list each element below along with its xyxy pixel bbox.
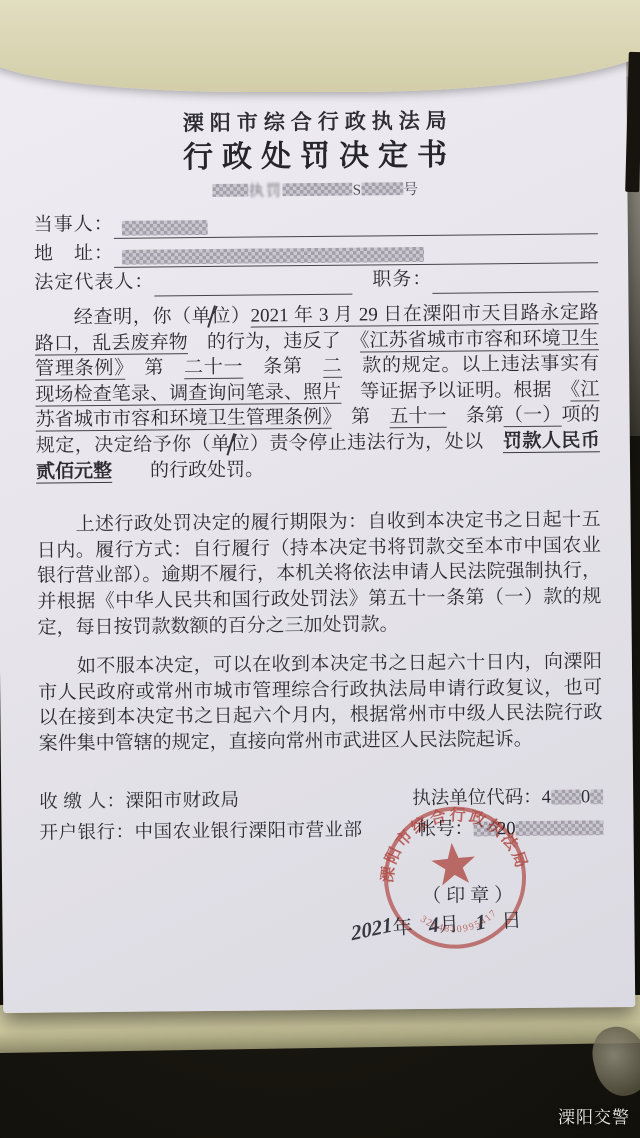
address-label: 地 址： <box>34 239 114 269</box>
p1-text: 等证据予以证明。根据 <box>341 379 571 402</box>
p1-text: 的行政处罚。 <box>112 459 264 481</box>
address-value-line <box>114 235 598 268</box>
date-month-unit: 月 <box>438 913 459 936</box>
article-number: 二十一 <box>184 357 244 380</box>
star-icon <box>430 841 478 887</box>
party-row: 当事人： <box>34 205 598 239</box>
watermark-text: 溧阳交警 <box>558 1103 630 1128</box>
issuing-agency-title: 溧阳市综合行政执法局 <box>33 105 597 138</box>
document-title: 行政处罚决定书 <box>33 135 597 178</box>
date-year-unit: 年 <box>392 916 413 939</box>
collector-label: 收 缴 人： <box>39 791 125 812</box>
doc-number-suffix: 号 <box>403 182 418 198</box>
legal-rep-blank-line <box>154 268 352 297</box>
payment-terms-paragraph: 上述行政处罚决定的履行期限为：自收到本决定书之日起十五日内。履行方式：自行履行（… <box>36 507 601 640</box>
clause-number: 二 <box>323 356 343 378</box>
p1-text: 条第 <box>243 356 322 378</box>
unit-code-digit: 0 <box>581 787 590 807</box>
collector-field: 收 缴 人：溧阳市财政局 <box>39 785 240 818</box>
date-day-handwritten: 1 <box>474 909 487 936</box>
redaction-block <box>213 184 249 197</box>
book-edge <box>625 52 640 192</box>
legal-rep-label: 法定代表人： <box>34 268 154 298</box>
unit-code-digit: 4 <box>542 787 551 807</box>
redaction-block <box>361 182 403 195</box>
p1-text: ）责令停止违法行为，处以 <box>250 431 503 454</box>
redaction-block <box>122 247 424 265</box>
p1-text: 第 <box>125 357 185 379</box>
bank-value: 中国农业银行溧阳市营业部 <box>134 820 362 842</box>
p1-text: 条第 <box>447 406 505 428</box>
evidence-list: 现场检查笔录、调查询问笔录、照片 <box>35 381 341 406</box>
redaction-block <box>122 220 208 236</box>
desk-top-surface <box>0 0 640 92</box>
findings-paragraph: 经查明，你（单位）2021 年 3 月 29 日在溧阳市天目路永定路路口，乱丢废… <box>34 300 600 485</box>
date-month-handwritten: 4 <box>427 912 440 939</box>
document-number-line: 执罚S号 <box>33 176 597 202</box>
date-day-unit: 日 <box>501 910 522 933</box>
bank-field: 开户银行：中国农业银行溧阳市营业部 <box>39 815 362 849</box>
p1-text: 的行为，违反了 <box>188 330 360 353</box>
position-blank-line <box>432 264 598 294</box>
doc-number-fragment: S <box>353 183 361 199</box>
bank-label: 开户银行： <box>39 822 134 843</box>
party-value-line <box>114 206 598 239</box>
address-row: 地 址： <box>34 234 598 268</box>
penalty-decision-document: 溧阳市综合行政执法局 行政处罚决定书 执罚S号 当事人： 地 址： 法定代表人：… <box>0 41 635 1013</box>
p1-text: ） <box>231 306 251 327</box>
redaction-block <box>515 820 603 836</box>
appeal-rights-paragraph: 如不服本决定，可以在收到本决定书之日起六十日内，向溧阳市人民政府或常州市城市管理… <box>38 649 603 757</box>
redaction-block <box>551 789 581 804</box>
p1-text: 第 <box>332 407 390 429</box>
collector-value: 溧阳市财政局 <box>125 790 239 811</box>
basis-article-number: 五十一 <box>389 406 447 429</box>
redaction-block <box>590 789 603 804</box>
legal-rep-row: 法定代表人： 职务： <box>34 263 598 297</box>
p1-text: 款的规定。以上违法事实有 <box>342 353 618 377</box>
doc-number-fragment: 执罚 <box>249 183 283 199</box>
p1-text: 经查明，你（ <box>35 306 192 329</box>
photo-scene: 溧阳市综合行政执法局 行政处罚决定书 执罚S号 当事人： 地 址： 法定代表人：… <box>0 0 640 1138</box>
unit-slashed-text: 单位 <box>211 434 250 455</box>
position-label: 职务： <box>372 265 432 295</box>
unit-slashed-text: 单位 <box>192 306 231 327</box>
basis-item-number: （一） <box>504 405 562 428</box>
party-label: 当事人： <box>34 210 114 240</box>
redaction-block <box>283 183 353 197</box>
party-info-fields: 当事人： 地 址： 法定代表人： 职务： <box>34 205 599 297</box>
